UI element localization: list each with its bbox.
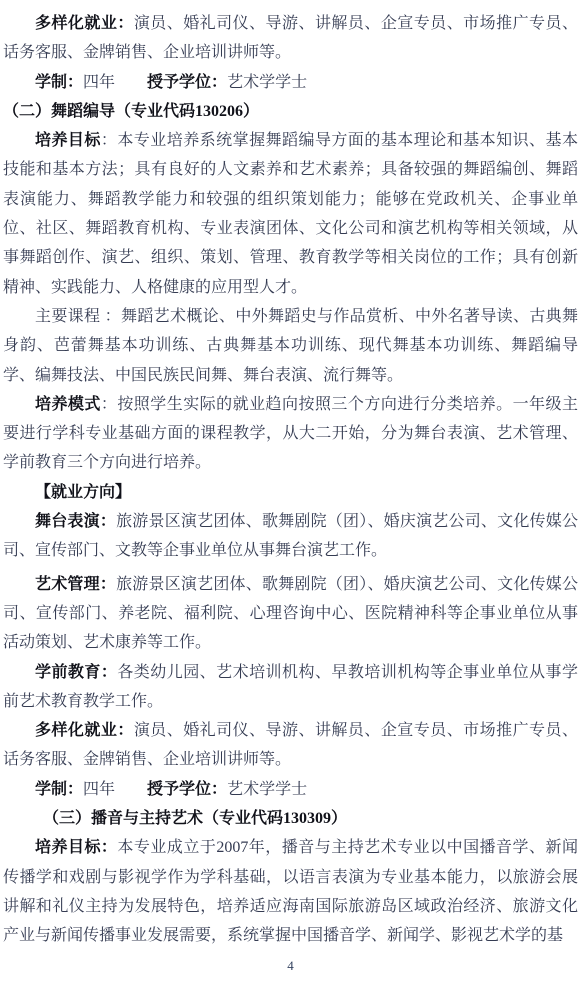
para-label-stage-performance: 舞台表演：: [35, 513, 116, 530]
value-study-duration: 四年: [83, 781, 115, 798]
spacer-text: [115, 74, 147, 91]
para-duration-degree-top: 学制：四年 授予学位：艺术学学士: [3, 68, 578, 97]
para-label-preschool-education: 学前教育：: [35, 664, 117, 681]
para-text-main-courses: 主要课程 ：舞蹈艺术概论、中外舞蹈史与作品赏析、中外名著导读、古典舞身韵、芭蕾舞…: [3, 308, 578, 384]
para-diversified-employment-top: 多样化就业：演员、婚礼司仪、导游、讲解员、企宣专员、市场推广专员、话务客服、金牌…: [3, 9, 578, 68]
para-label-training-goal: 培养目标：: [35, 839, 117, 856]
page-number: 4: [3, 957, 578, 975]
para-label-training-goal: 培养目标: [35, 132, 101, 149]
para-label-art-management: 艺术管理：: [35, 576, 116, 593]
para-training-goal-broadcasting: 培养目标：本专业成立于2007年，播音与主持艺术专业以中国播音学、新闻传播学和戏…: [3, 833, 578, 950]
value-degree-awarded: 艺术学学士: [227, 74, 307, 91]
para-diversified-employment-bottom: 多样化就业：演员、婚礼司仪、导游、讲解员、企宣专员、市场推广专员、话务客服、金牌…: [3, 716, 578, 775]
section-heading-dance-choreography: （二）舞蹈编导（专业代码130206）: [3, 97, 578, 126]
para-stage-performance: 舞台表演：旅游景区演艺团体、歌舞剧院（团）、婚庆演艺公司、文化传媒公司、宣传部门…: [3, 507, 578, 566]
spacer-text: [115, 781, 147, 798]
label-study-duration: 学制：: [35, 74, 83, 91]
label-degree-awarded: 授予学位：: [147, 781, 227, 798]
subsection-heading-employment-direction: 【就业方向】: [3, 478, 578, 507]
value-degree-awarded: 艺术学学士: [227, 781, 307, 798]
section-heading-broadcasting-hosting: （三）播音与主持艺术（专业代码130309）: [3, 804, 578, 833]
label-study-duration: 学制：: [35, 781, 83, 798]
document-page: 多样化就业：演员、婚礼司仪、导游、讲解员、企宣专员、市场推广专员、话务客服、金牌…: [0, 0, 584, 990]
para-text-training-goal: ：本专业培养系统掌握舞蹈编导方面的基本理论和基本知识、基本技能和基本方法；具有良…: [3, 132, 578, 295]
para-duration-degree-bottom: 学制：四年 授予学位：艺术学学士: [3, 775, 578, 804]
para-label-training-mode: 培养模式: [35, 396, 101, 413]
para-training-goal-dance: 培养目标：本专业培养系统掌握舞蹈编导方面的基本理论和基本知识、基本技能和基本方法…: [3, 126, 578, 302]
label-degree-awarded: 授予学位：: [147, 74, 227, 91]
para-label-diversified-employment: 多样化就业：: [35, 722, 134, 739]
para-art-management: 艺术管理：旅游景区演艺团体、歌舞剧院（团）、婚庆演艺公司、文化传媒公司、宣传部门…: [3, 570, 578, 658]
para-training-mode-dance: 培养模式：按照学生实际的就业趋向按照三个方向进行分类培养。一年级主要进行学科专业…: [3, 390, 578, 478]
para-main-courses-dance: 主要课程 ：舞蹈艺术概论、中外舞蹈史与作品赏析、中外名著导读、古典舞身韵、芭蕾舞…: [3, 302, 578, 390]
para-label-diversified-employment: 多样化就业：: [35, 15, 134, 32]
value-study-duration: 四年: [83, 74, 115, 91]
para-preschool-education: 学前教育：各类幼儿园、艺术培训机构、早教培训机构等企事业单位从事学前艺术教育教学…: [3, 658, 578, 717]
